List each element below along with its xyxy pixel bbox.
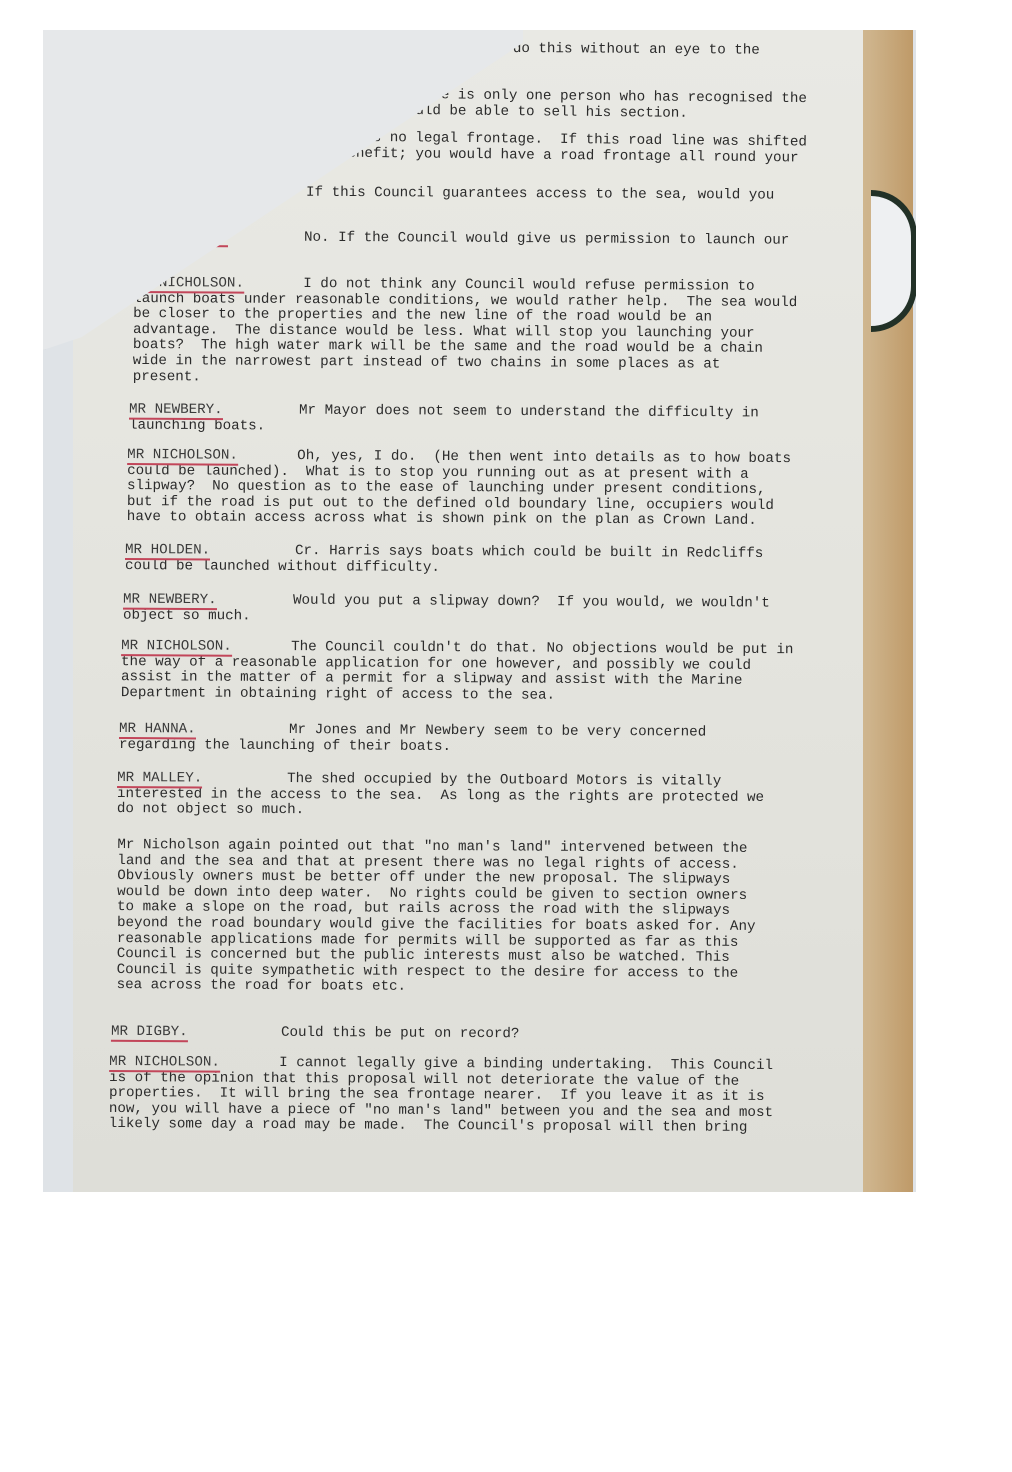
speech-text: I do not think any Council would refuse …: [303, 277, 754, 295]
speaker-name: MR HANNA.: [119, 721, 196, 739]
text-line: have to obtain access across what is sho…: [127, 510, 774, 530]
transcript-entry: MR MALLEY.The shed occupied by the Outbo…: [117, 771, 764, 822]
text-line: object so much.: [123, 608, 251, 624]
speaker-name: MR DIGBY.: [111, 1024, 188, 1042]
text-line: could be launched without difficulty.: [125, 559, 440, 577]
entry-first-line: MR HANNA.Mr Jones and Mr Newbery seem to…: [119, 722, 451, 740]
transcript-entry: MR NEWBERY.Would you put a slipway down?…: [123, 593, 251, 625]
speech-text: Would you put a slipway down? If you wou…: [293, 594, 770, 613]
entry-first-line: MR NICHOLSON.Oh, yes, I do. (He then wen…: [127, 448, 774, 468]
speech-text: I cannot legally give a binding undertak…: [279, 1056, 773, 1075]
narrative-paragraph: Mr Nicholson again pointed out that "no …: [117, 838, 756, 998]
speech-text: Cr. Harris says boats which could be bui…: [295, 544, 763, 562]
speaker-name: MR NICHOLSON.: [121, 638, 232, 657]
speech-text: No. If the Council would give us permiss…: [304, 231, 789, 250]
speaker-name: MR NEWBERY.: [123, 592, 217, 611]
transcript-entry: MR NICHOLSON.Oh, yes, I do. (He then wen…: [127, 448, 775, 530]
text-line: launching boats.: [129, 418, 265, 434]
speaker-name: MR NICHOLSON.: [127, 447, 238, 466]
speech-text: Could this be put on record?: [281, 1026, 519, 1043]
document-photo: you know that we would not do this witho…: [43, 30, 916, 1192]
entry-first-line: MR NICHOLSON.The Council couldn't do tha…: [121, 639, 751, 658]
speech-text: Mr Mayor does not seem to understand the…: [299, 404, 759, 422]
entry-first-line: MR NICHOLSON.I do not think any Council …: [133, 276, 797, 296]
transcript-entry: MR NICHOLSON.I do not think any Council …: [133, 276, 798, 389]
transcript-entry: MR DIGBY.Could this be put on record?: [111, 1025, 188, 1041]
speaker-name: MR NICHOLSON.: [109, 1054, 220, 1073]
entry-first-line: MR NEWBERY.Mr Mayor does not seem to und…: [129, 403, 265, 419]
speech-text: The shed occupied by the Outboard Motors…: [287, 772, 721, 790]
text-line: regarding the launching of their boats.: [119, 738, 451, 756]
transcript-entry: MR HANNA.Mr Jones and Mr Newbery seem to…: [119, 722, 451, 755]
speech-text: Mr Jones and Mr Newbery seem to be very …: [289, 723, 706, 741]
text-line: likely some day a road may be made. The …: [109, 1117, 773, 1137]
transcript-entry: MR NICHOLSON.The Council couldn't do tha…: [121, 639, 751, 705]
speaker-name: MR HOLDEN.: [125, 542, 210, 561]
binder-ring-icon: [871, 190, 916, 332]
entry-first-line: MR NEWBERY.Would you put a slipway down?…: [123, 593, 251, 609]
transcript-entry: MR HOLDEN.Cr. Harris says boats which co…: [125, 543, 440, 576]
speech-text: The Council couldn't do that. No objecti…: [291, 640, 793, 659]
entry-first-line: MR NICHOLSON.I cannot legally give a bin…: [109, 1055, 773, 1075]
speech-text: Oh, yes, I do. (He then went into detail…: [297, 449, 791, 468]
speaker-name: MR NEWBERY.: [129, 402, 223, 421]
transcript-entry: MR NEWBERY.Mr Mayor does not seem to und…: [129, 403, 265, 435]
entry-first-line: MR DIGBY.Could this be put on record?: [111, 1025, 188, 1041]
speaker-name: MR MALLEY.: [117, 770, 202, 789]
transcript-entry: MR NICHOLSON.I cannot legally give a bin…: [109, 1055, 774, 1137]
entry-first-line: MR HOLDEN.Cr. Harris says boats which co…: [125, 543, 440, 561]
speech-text: If this Council guarantees access to the…: [306, 186, 774, 204]
